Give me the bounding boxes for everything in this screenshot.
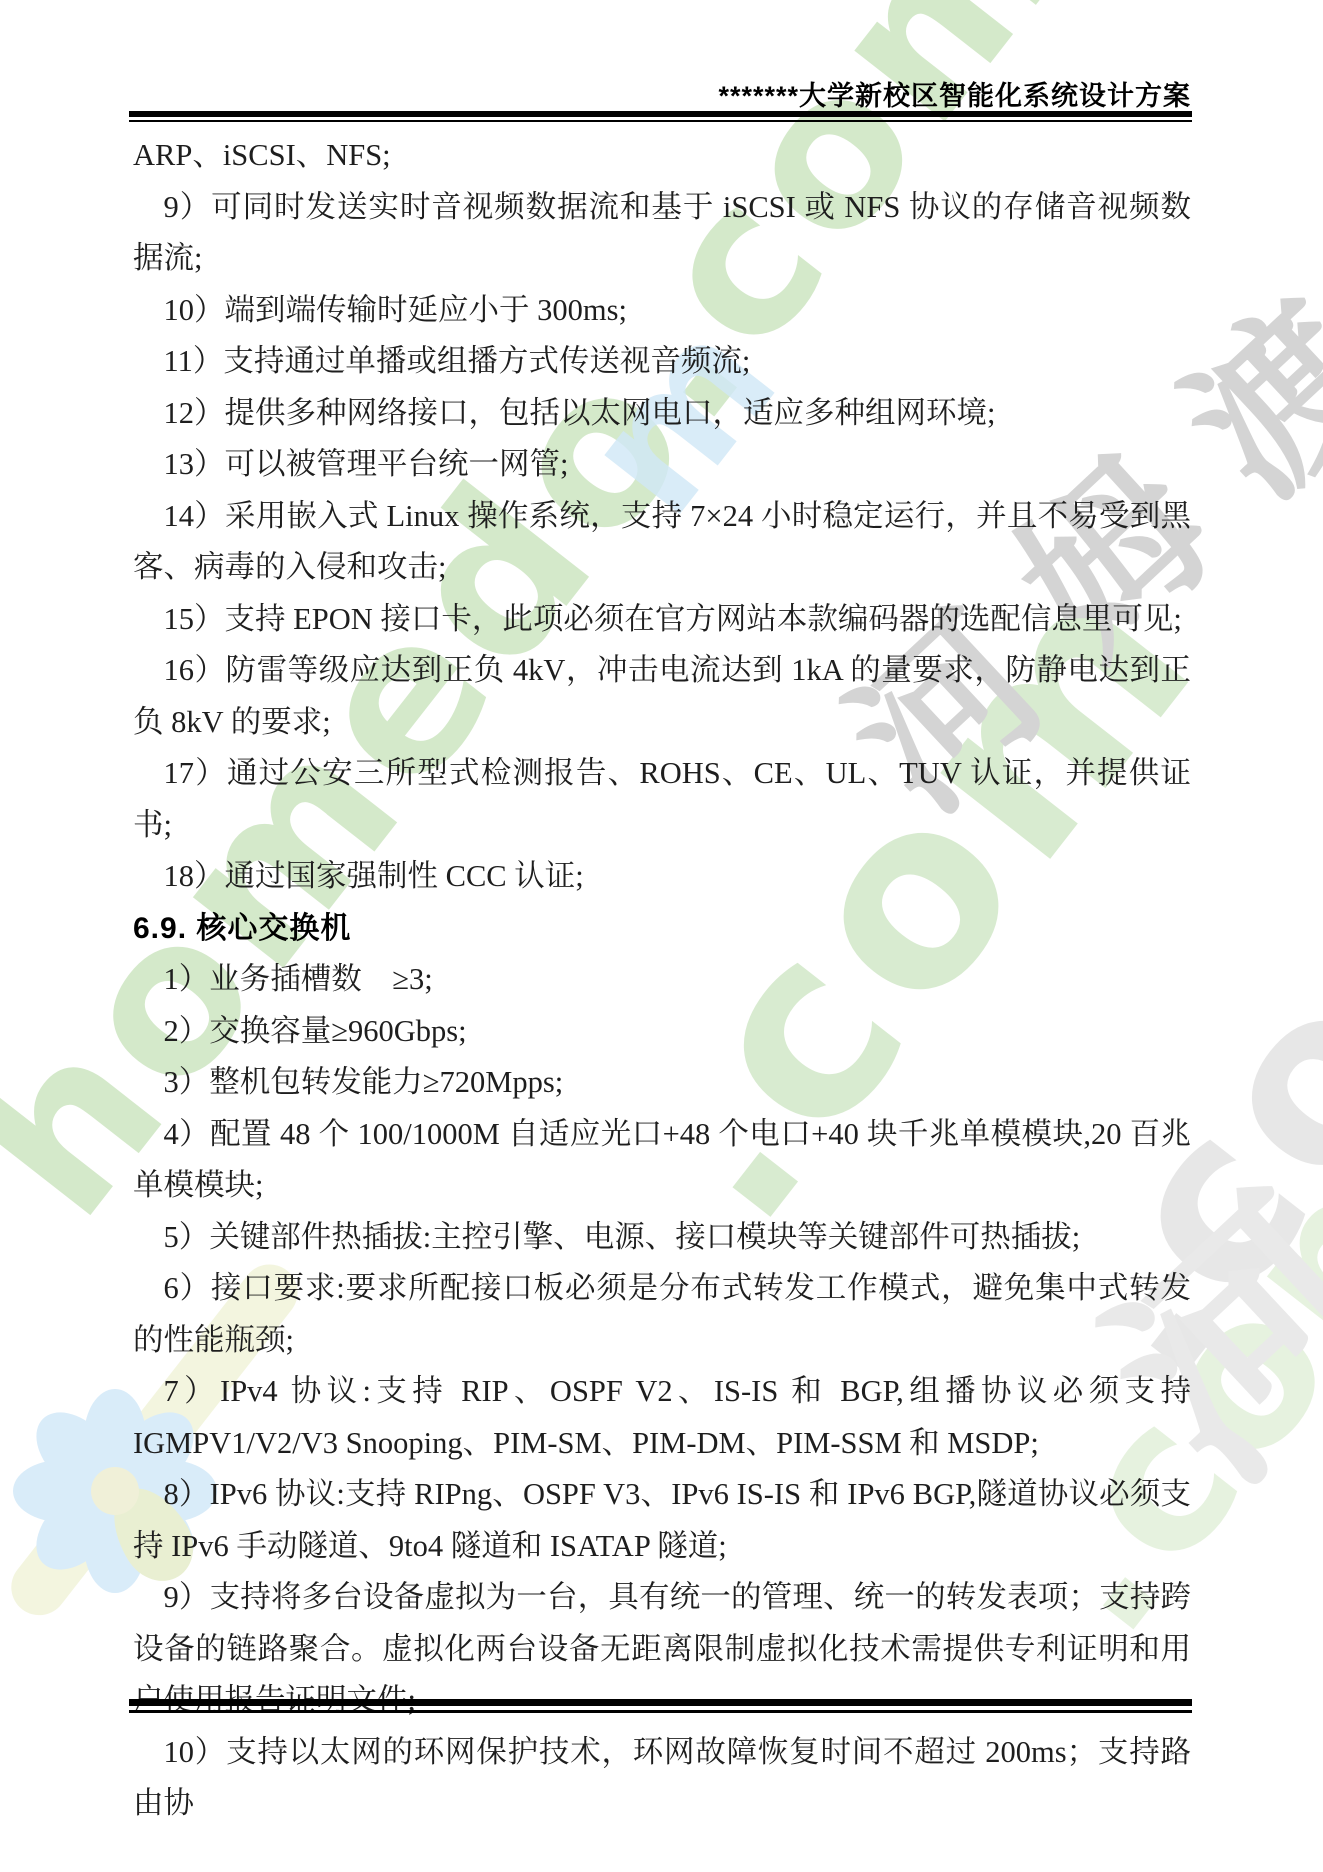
list-item: 14）采用嵌入式 Linux 操作系统，支持 7×24 小时稳定运行，并且不易受…: [133, 491, 1191, 594]
list-item: 4）配置 48 个 100/1000M 自适应光口+48 个电口+40 块千兆单…: [133, 1109, 1191, 1212]
document-body: ARP、iSCSI、NFS; 9）可同时发送实时音视频数据流和基于 iSCSI …: [133, 130, 1191, 1830]
list-item: 15）支持 EPON 接口卡，此项必须在官方网站本款编码器的选配信息里可见;: [133, 594, 1191, 646]
header-rule-thin: [129, 120, 1192, 122]
list-item: 5）关键部件热插拔:主控引擎、电源、接口模块等关键部件可热插拔;: [133, 1212, 1191, 1264]
list-item: 8）IPv6 协议:支持 RIPng、OSPF V3、IPv6 IS-IS 和 …: [133, 1469, 1191, 1572]
list-item: 13）可以被管理平台统一网管;: [133, 439, 1191, 491]
list-item: 3）整机包转发能力≥720Mpps;: [133, 1057, 1191, 1109]
list-item: 10）端到端传输时延应小于 300ms;: [133, 285, 1191, 337]
header-rule-thick: [129, 111, 1192, 117]
list-item: 12）提供多种网络接口，包括以太网电口，适应多种组网环境;: [133, 388, 1191, 440]
list-item: 7）IPv4 协议:支持 RIP、OSPF V2、IS-IS 和 BGP,组播协…: [133, 1366, 1191, 1469]
list-item: 2）交换容量≥960Gbps;: [133, 1006, 1191, 1058]
list-item: 17）通过公安三所型式检测报告、ROHS、CE、UL、TUV 认证，并提供证书;: [133, 748, 1191, 851]
section-heading-6-9: 6.9. 核心交换机: [133, 903, 1191, 955]
list-item: 18）通过国家强制性 CCC 认证;: [133, 851, 1191, 903]
footer-rule-thick: [129, 1699, 1192, 1706]
list-item: 1）业务插槽数 ≥3;: [133, 954, 1191, 1006]
footer-rule: [129, 1699, 1192, 1713]
footer-rule-thin: [129, 1710, 1192, 1713]
paragraph-continuation: ARP、iSCSI、NFS;: [133, 130, 1191, 182]
header-rule: [129, 111, 1192, 122]
list-item: 11）支持通过单播或组播方式传送视音频流;: [133, 336, 1191, 388]
list-item: 10）支持以太网的环网保护技术，环网故障恢复时间不超过 200ms；支持路由协: [133, 1727, 1191, 1830]
page-header-title: *******大学新校区智能化系统设计方案: [718, 74, 1191, 113]
document-page: homedo.com .com .com .com 河姆渡 河姆渡 m ****…: [0, 0, 1323, 1872]
content-layer: *******大学新校区智能化系统设计方案 ARP、iSCSI、NFS; 9）可…: [0, 0, 1323, 1872]
list-item: 6）接口要求:要求所配接口板必须是分布式转发工作模式，避免集中式转发的性能瓶颈;: [133, 1263, 1191, 1366]
list-item: 16）防雷等级应达到正负 4kV，冲击电流达到 1kA 的量要求，防静电达到正负…: [133, 645, 1191, 748]
list-item: 9）可同时发送实时音视频数据流和基于 iSCSI 或 NFS 协议的存储音视频数…: [133, 182, 1191, 285]
